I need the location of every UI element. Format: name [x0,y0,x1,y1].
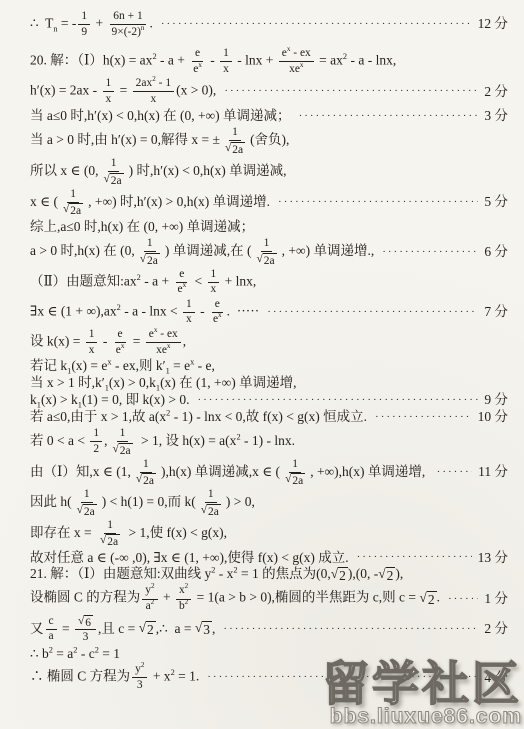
radicand: 2a [142,473,156,487]
math-text: . [149,16,152,31]
denominator: a2 [143,600,158,614]
solution-line: 若 a≤0,由于 x > 1,故 a(x2 - 1) - lnx < 0,故 f… [30,409,508,426]
math-text: 由（Ⅰ）知,x ∈ (1, [30,464,131,479]
document-body: ∴ Tn = -19 + 6n + 19×(-2)n.12 分20. 解：（Ⅰ）… [0,0,524,692]
dot-leader [357,551,472,564]
dot-leader [437,465,472,480]
math-text: k [30,392,37,407]
math-text: 2 [387,568,394,583]
score-label: 4 分 [484,669,508,687]
solution-line: （Ⅱ）由题意知:ax2 - a + eex < 1x + lnx, [30,268,508,297]
math-text: 2 [93,443,99,455]
math-text: = e [170,358,190,373]
numerator: x2 [176,584,191,599]
math-text: - a + [141,274,173,289]
line-content: 若 0 < a < 12,1√2a > 1, 设 h(x) = a(x2 - 1… [30,427,295,457]
math-text: 1 [264,237,270,249]
math-text: 2a [111,175,122,187]
math-text: a > 0 时,h(x) 在 (0, [30,243,135,258]
dot-leader [223,622,478,637]
math-text: 2ax [136,77,153,89]
math-text: a [49,630,54,642]
solution-line: x ∈ (1√2a, +∞) 时,h′(x) > 0,h(x) 单调递增.5 分 [30,188,508,218]
fraction: 12 [90,427,102,456]
math-text: （Ⅱ）由题意知:ax [30,274,137,289]
denominator: x [208,283,220,297]
math-text: ∴ 椭圆 C 方程为 [30,669,130,684]
dot-leader [224,84,478,99]
solution-line: 当 x > 1 时,k′1(x) > 0,k1(x) 在 (1, +∞) 单调递… [30,375,508,392]
numerator: 1 [108,157,120,172]
superscript: x [218,312,222,320]
math-text: = ax [316,53,343,68]
math-text: x [211,283,217,295]
math-text: 3 [83,631,89,643]
math-text: e [215,298,220,310]
radicand: 2 [427,591,437,607]
math-text: - [207,53,218,68]
superscript: x [198,61,202,69]
square-root: √2a [136,473,156,487]
denominator: x [103,92,115,106]
math-text: . ····· [227,304,260,319]
line-content: 当 a≤0 时,h′(x) < 0,h(x) 在 (0, +∞) 单调递减； [30,107,291,125]
superscript: 2 [141,661,145,669]
score-label: 2 分 [484,620,508,638]
math-text: , +∞) 时,h′(x) > 0,h(x) 单调递增. [88,193,270,208]
math-text: = - [58,16,77,31]
square-root: √2a [285,473,305,487]
radical-icon: √ [419,591,426,605]
math-text: 1 [232,126,238,138]
square-root: √2a [201,504,221,518]
math-text: 1 [292,458,298,470]
math-text: 6 [85,617,91,629]
solution-line: 若记 k1(x) = ex - ex,则 k′1 = ex - e, [30,358,508,375]
square-root: √2 [139,621,156,637]
numerator: 1 [81,488,93,503]
denominator: xex [153,343,173,357]
denominator: √2a [74,503,100,518]
math-text: 9 [81,26,87,38]
math-text: = 1 的焦点为(0, [238,566,331,581]
math-text: 1 [186,298,192,310]
fraction: 1√2a [97,519,123,549]
math-text: 1 [84,488,90,500]
math-text: e [195,47,200,59]
math-text: x ∈ ( [30,193,58,208]
fraction: 6n + 19×(-2)n [109,10,148,39]
denominator: 3 [134,678,146,692]
line-content: 设椭圆 C 的方程为y2a2 + x2b2 = 1(a > b > 0),椭圆的… [30,584,440,613]
line-content: ∴ b2 = a2 - c2 = 1 [30,646,120,662]
square-root: √3 [195,621,212,637]
solution-line: 若 0 < a < 12,1√2a > 1, 设 h(x) = a(x2 - 1… [30,427,508,457]
math-text: ) < h(1) = 0,而 k( [102,494,196,509]
math-text: 20. 解：（Ⅰ）h(x) = ax [30,53,152,68]
fraction: ex - exxex [146,328,181,357]
math-text: ) > 0, [226,494,255,509]
solution-line: 即存在 x = 1√2a > 1,使 f(x) < g(x), [30,519,508,549]
square-root: √2a [112,443,132,457]
math-text: 1 [211,268,217,280]
math-text: 2a [232,144,243,156]
math-text: 当 a≤0 时,h′(x) < 0,h(x) 在 (0, +∞) 单调递减； [30,108,291,123]
line-content: 又ca = √63,且 c = √2,∴ a = √3, [30,615,215,645]
score-label: 6 分 [484,243,508,261]
line-content: 因此 h(1√2a) < h(1) = 0,而 k(1√2a) > 0, [30,488,255,518]
numerator: 1 [261,237,273,252]
numerator: 1 [78,10,90,25]
radicand: 2 [146,621,156,637]
numerator: 1 [220,47,232,62]
square-root: √2a [140,253,160,267]
math-text: 1 [147,237,153,249]
numerator: √6 [75,615,96,631]
fraction: 1x [208,268,220,297]
math-text: = 1(a > b > 0),椭圆的半焦距为 c,则 c = [193,590,419,605]
math-text: x [186,313,192,325]
math-text: h′(x) = 2ax - [30,83,101,98]
denominator: √2a [253,252,279,267]
denominator: 9 [78,25,90,39]
math-text: - a - lnx < [121,304,181,319]
math-text: - ex [290,47,310,59]
denominator: 2 [90,442,102,456]
math-text: 所以 x ∈ (0, [30,163,99,178]
fraction: 1x [220,47,232,76]
denominator: √2a [97,534,123,549]
denominator: 9×(-2)n [109,25,148,39]
math-text: 2a [208,506,219,518]
radicand: 2 [386,567,396,583]
fraction: 1√2a [60,188,86,218]
fraction: 1√2a [282,458,308,488]
math-text: x [106,93,112,105]
square-root: √2a [100,534,120,548]
dot-leader [267,305,478,320]
fraction: 1√2a [222,126,248,156]
math-text: 2 [147,622,154,637]
numerator: 1 [117,427,129,442]
numerator: ex - ex [146,328,181,343]
math-text: (x) > 0,k [109,375,156,390]
math-text: = a [53,646,73,661]
fraction: 19 [78,10,90,39]
math-text: + x [149,669,170,684]
line-content: （Ⅱ）由题意知:ax2 - a + eex < 1x + lnx, [30,268,256,297]
math-text: 2a [147,255,158,267]
math-text: - x [215,566,233,581]
numerator: 1 [205,488,217,503]
numerator: 1 [86,328,98,343]
math-text: 3 [137,679,143,691]
denominator: √2a [109,442,135,457]
solution-line: 设 k(x) = 1x - eex = ex - exxex, [30,328,508,357]
math-text: c [49,615,54,627]
line-content: 当 a > 0 时,由 h′(x) = 0,解得 x = ±1√2a(舍负), [30,126,289,156]
math-text: 3 [203,622,210,637]
line-content: k1(x) > k1(1) = 0, 即 k(x) > 0. [30,392,189,408]
math-text: = [116,83,130,98]
denominator: √2a [222,141,248,156]
denominator: 3 [80,630,92,644]
score-label: 1 分 [484,590,508,608]
math-text: > 1, 设 h(x) = a(x [138,433,237,448]
superscript: x [167,342,171,350]
math-text: 1 [120,427,126,439]
denominator: x [86,343,98,357]
denominator: x [183,313,195,327]
line-content: ∴ 椭圆 C 方程为y23 + x2 = 1. [30,663,199,692]
math-text: + lnx, [221,274,256,289]
math-text: ) 时,h′(x) < 0,h(x) 单调递减, [129,163,287,178]
math-text: 综上,a≤0 时,h(x) 在 (0, +∞) 单调递减； [30,219,254,234]
math-text: 当 x > 1 时,k′ [30,375,105,390]
radicand: 2a [110,173,124,187]
dot-leader [299,109,479,124]
radicand: 2a [263,253,277,267]
math-text: . [437,590,440,605]
dot-leader [382,245,478,260]
line-content: h′(x) = 2ax - 1x = 2ax2 - 1x(x > 0), [30,77,216,106]
solution-line: 当 a > 0 时,由 h′(x) = 0,解得 x = ±1√2a(舍负), [30,126,508,156]
fraction: 1√2a [74,488,100,518]
math-text: 1 [107,519,113,531]
line-content: 故对任意 a ∈ (-∞ ,0), ∃x ∈ (1, +∞),使得 f(x) <… [30,550,349,566]
line-content: ∴ Tn = -19 + 6n + 19×(-2)n. [30,10,153,39]
math-text: 1 [208,488,214,500]
math-text: ,且 c = [98,620,139,635]
line-content: 21. 解：（Ⅰ）由题意知:双曲线 y2 - x2 = 1 的焦点为(0,√2)… [30,566,403,583]
superscript: x [300,61,304,69]
math-text: - lnx + [234,53,277,68]
fraction: ca [46,615,57,644]
solution-line: ∴ Tn = -19 + 6n + 19×(-2)n.12 分 [30,10,508,39]
superscript: 2 [185,598,189,606]
radical-icon: √ [139,621,146,635]
math-text: 故对任意 a ∈ (-∞ ,0), ∃x ∈ (1, +∞),使得 f(x) <… [30,550,349,565]
score-label: 11 分 [478,463,508,481]
score-label: 7 分 [484,303,508,321]
line-content: 由（Ⅰ）知,x ∈ (1,1√2a),h(x) 单调递减,x ∈ (1√2a, … [30,458,429,488]
solution-line: 21. 解：（Ⅰ）由题意知:双曲线 y2 - x2 = 1 的焦点为(0,√2)… [30,566,508,583]
superscript: n [141,24,145,32]
math-text: = [59,620,73,635]
math-text: 1 [70,188,76,200]
radical-icon: √ [331,567,338,581]
radicand: 2a [69,203,83,217]
denominator: √2a [198,503,224,518]
radicand: 2a [83,504,97,518]
fraction: y23 [132,663,147,692]
math-text: 2a [70,205,81,217]
math-text: 1 [111,157,117,169]
square-root: √2 [419,591,436,607]
denominator: √2a [133,473,159,488]
math-text: + [92,16,106,31]
numerator: 1 [90,427,102,442]
score-label: 3 分 [484,107,508,125]
score-label: 10 分 [478,409,508,425]
solution-line: ∃x ∈ (1 + ∞),ax2 - a - lnx < 1x - eex. ·… [30,298,508,327]
fraction: eex [113,328,128,357]
square-root: √2a [104,173,124,187]
numerator: 1 [103,77,115,92]
math-text: = 1. [175,669,200,684]
fraction: √63 [75,615,96,645]
math-text: ∴ b [30,646,49,661]
line-content: a > 0 时,h(x) 在 (0,1√2a) 单调递减,在 (1√2a, +∞… [30,237,374,267]
math-text: 2 [339,568,346,583]
numerator: 1 [144,237,156,252]
math-text: > 1,使 f(x) < g(x), [125,525,227,540]
fraction: 1√2a [253,237,279,267]
solution-line: 设椭圆 C 的方程为y2a2 + x2b2 = 1(a > b > 0),椭圆的… [30,584,508,613]
math-text: + [160,590,174,605]
math-text: = 1 [99,646,120,661]
denominator: ex [174,283,189,297]
solution-line: 故对任意 a ∈ (-∞ ,0), ∃x ∈ (1, +∞),使得 f(x) <… [30,549,508,566]
fraction: eex [210,298,225,327]
numerator: 1 [140,458,152,473]
math-text: 即存在 x = [30,525,95,540]
fraction: 1x [86,328,98,357]
fraction: 1√2a [137,237,163,267]
fraction: eex [174,268,189,297]
math-text: 因此 h( [30,494,72,509]
line-content: 即存在 x = 1√2a > 1,使 f(x) < g(x), [30,519,227,549]
math-text: ∃x ∈ (1 + ∞),ax [30,304,117,319]
score-label: 2 分 [484,83,508,101]
math-text: 2a [120,445,131,457]
superscript: 2 [185,583,189,591]
math-text: , [183,334,186,349]
math-text: , [104,433,107,448]
math-text: 1 [81,10,87,22]
math-text: - 1) - lnx < 0,故 f(x) < g(x) 恒成立. [170,409,367,424]
denominator: x [148,92,160,106]
math-text: (x) > k [41,392,78,407]
math-text: - a - lnx, [347,53,396,68]
math-text: ), [395,566,403,581]
denominator: xex [286,62,306,76]
math-text: xe [289,63,300,75]
line-content: 综上,a≤0 时,h(x) 在 (0, +∞) 单调递减； [30,218,254,236]
math-text: 设椭圆 C 的方程为 [30,590,140,605]
radicand: 2a [146,253,160,267]
solution-line: 因此 h(1√2a) < h(1) = 0,而 k(1√2a) > 0, [30,488,508,518]
denominator: a [46,630,57,644]
math-text: 6n + 1 [113,10,142,22]
math-text: 2a [107,536,118,548]
denominator: √2a [282,473,308,488]
math-text: 若 0 < a < [30,433,88,448]
solution-line: 综上,a≤0 时,h(x) 在 (0, +∞) 单调递减； [30,218,508,236]
radicand: 3 [202,621,212,637]
math-text: - ex [157,328,177,340]
dot-leader [197,394,478,407]
superscript: 2 [151,583,155,591]
math-text: - c [77,646,94,661]
solution-line: 所以 x ∈ (0,1√2a) 时,h′(x) < 0,h(x) 单调递减, [30,157,508,187]
score-label: 5 分 [484,193,508,211]
fraction: ex - exxex [279,47,314,76]
solution-line: h′(x) = 2ax - 1x = 2ax2 - 1x(x > 0),2 分 [30,77,508,106]
solution-line: k1(x) > k1(1) = 0, 即 k(x) > 0.9 分 [30,392,508,409]
line-content: 若 a≤0,由于 x > 1,故 a(x2 - 1) - lnx < 0,故 f… [30,409,367,425]
numerator: 1 [183,298,195,313]
denominator: √2a [137,252,163,267]
denominator: x [220,62,232,76]
math-text: - e, [194,358,215,373]
math-text: x [151,93,157,105]
dot-leader [207,670,478,685]
dot-leader [375,411,472,424]
square-root: √2a [63,203,83,217]
solution-line: ∴ 椭圆 C 方程为y23 + x2 = 1.4 分 [30,663,508,692]
math-text: 1 [93,427,99,439]
square-root: √2 [378,567,395,583]
math-text: ,∴ a = [156,620,195,635]
math-text: ),h(x) 单调递减,x ∈ ( [161,464,280,479]
square-root: √2a [256,253,276,267]
math-text: 9×(-2) [112,26,141,38]
solution-line: ∴ b2 = a2 - c2 = 1 [30,645,508,662]
square-root: √2a [225,142,245,156]
math-text: 2a [292,475,303,487]
radical-icon: √ [378,567,385,581]
math-text: 1 [89,328,95,340]
radicand: 2a [119,443,133,457]
line-content: ∃x ∈ (1 + ∞),ax2 - a - lnx < 1x - eex. ·… [30,298,259,327]
fraction: eex [190,47,205,76]
numerator: 1 [289,458,301,473]
math-text: , +∞) 单调递增., [282,243,375,258]
radicand: 2a [231,142,245,156]
denominator: √2a [101,172,127,187]
numerator: 2ax2 - 1 [133,77,174,92]
math-text: - 1 [156,77,171,89]
square-root: √2 [331,567,348,583]
solution-line: 由（Ⅰ）知,x ∈ (1,1√2a),h(x) 单调递减,x ∈ (1√2a, … [30,458,508,488]
math-text: 21. 解：（Ⅰ）由题意知:双曲线 y [30,566,211,581]
math-text: (x) = e [71,358,107,373]
numerator: y2 [132,663,147,678]
math-text: xe [156,344,167,356]
radicand: 2a [291,473,305,487]
math-text: = [129,334,143,349]
dot-leader [278,195,478,210]
fraction: 1√2a [109,427,135,457]
numerator: c [46,615,57,630]
math-text: 1 [143,458,149,470]
numerator: ex - ex [279,47,314,62]
math-text: - a + [157,53,189,68]
watermark-url: bbs.liuxue86.com [322,705,522,729]
square-root: √6 [78,615,93,629]
fraction: 1√2a [101,157,127,187]
line-content: 设 k(x) = 1x - eex = ex - exxex, [30,328,186,357]
denominator: ex [113,343,128,357]
math-text: (1) = 0, 即 k(x) > 0. [82,392,189,407]
math-text: 设 k(x) = [30,334,84,349]
math-text: (舍负), [250,132,289,147]
math-text: , [212,620,215,635]
denominator: b2 [176,600,191,614]
math-text: ∴ T [30,16,53,31]
fraction: 1x [183,298,195,327]
